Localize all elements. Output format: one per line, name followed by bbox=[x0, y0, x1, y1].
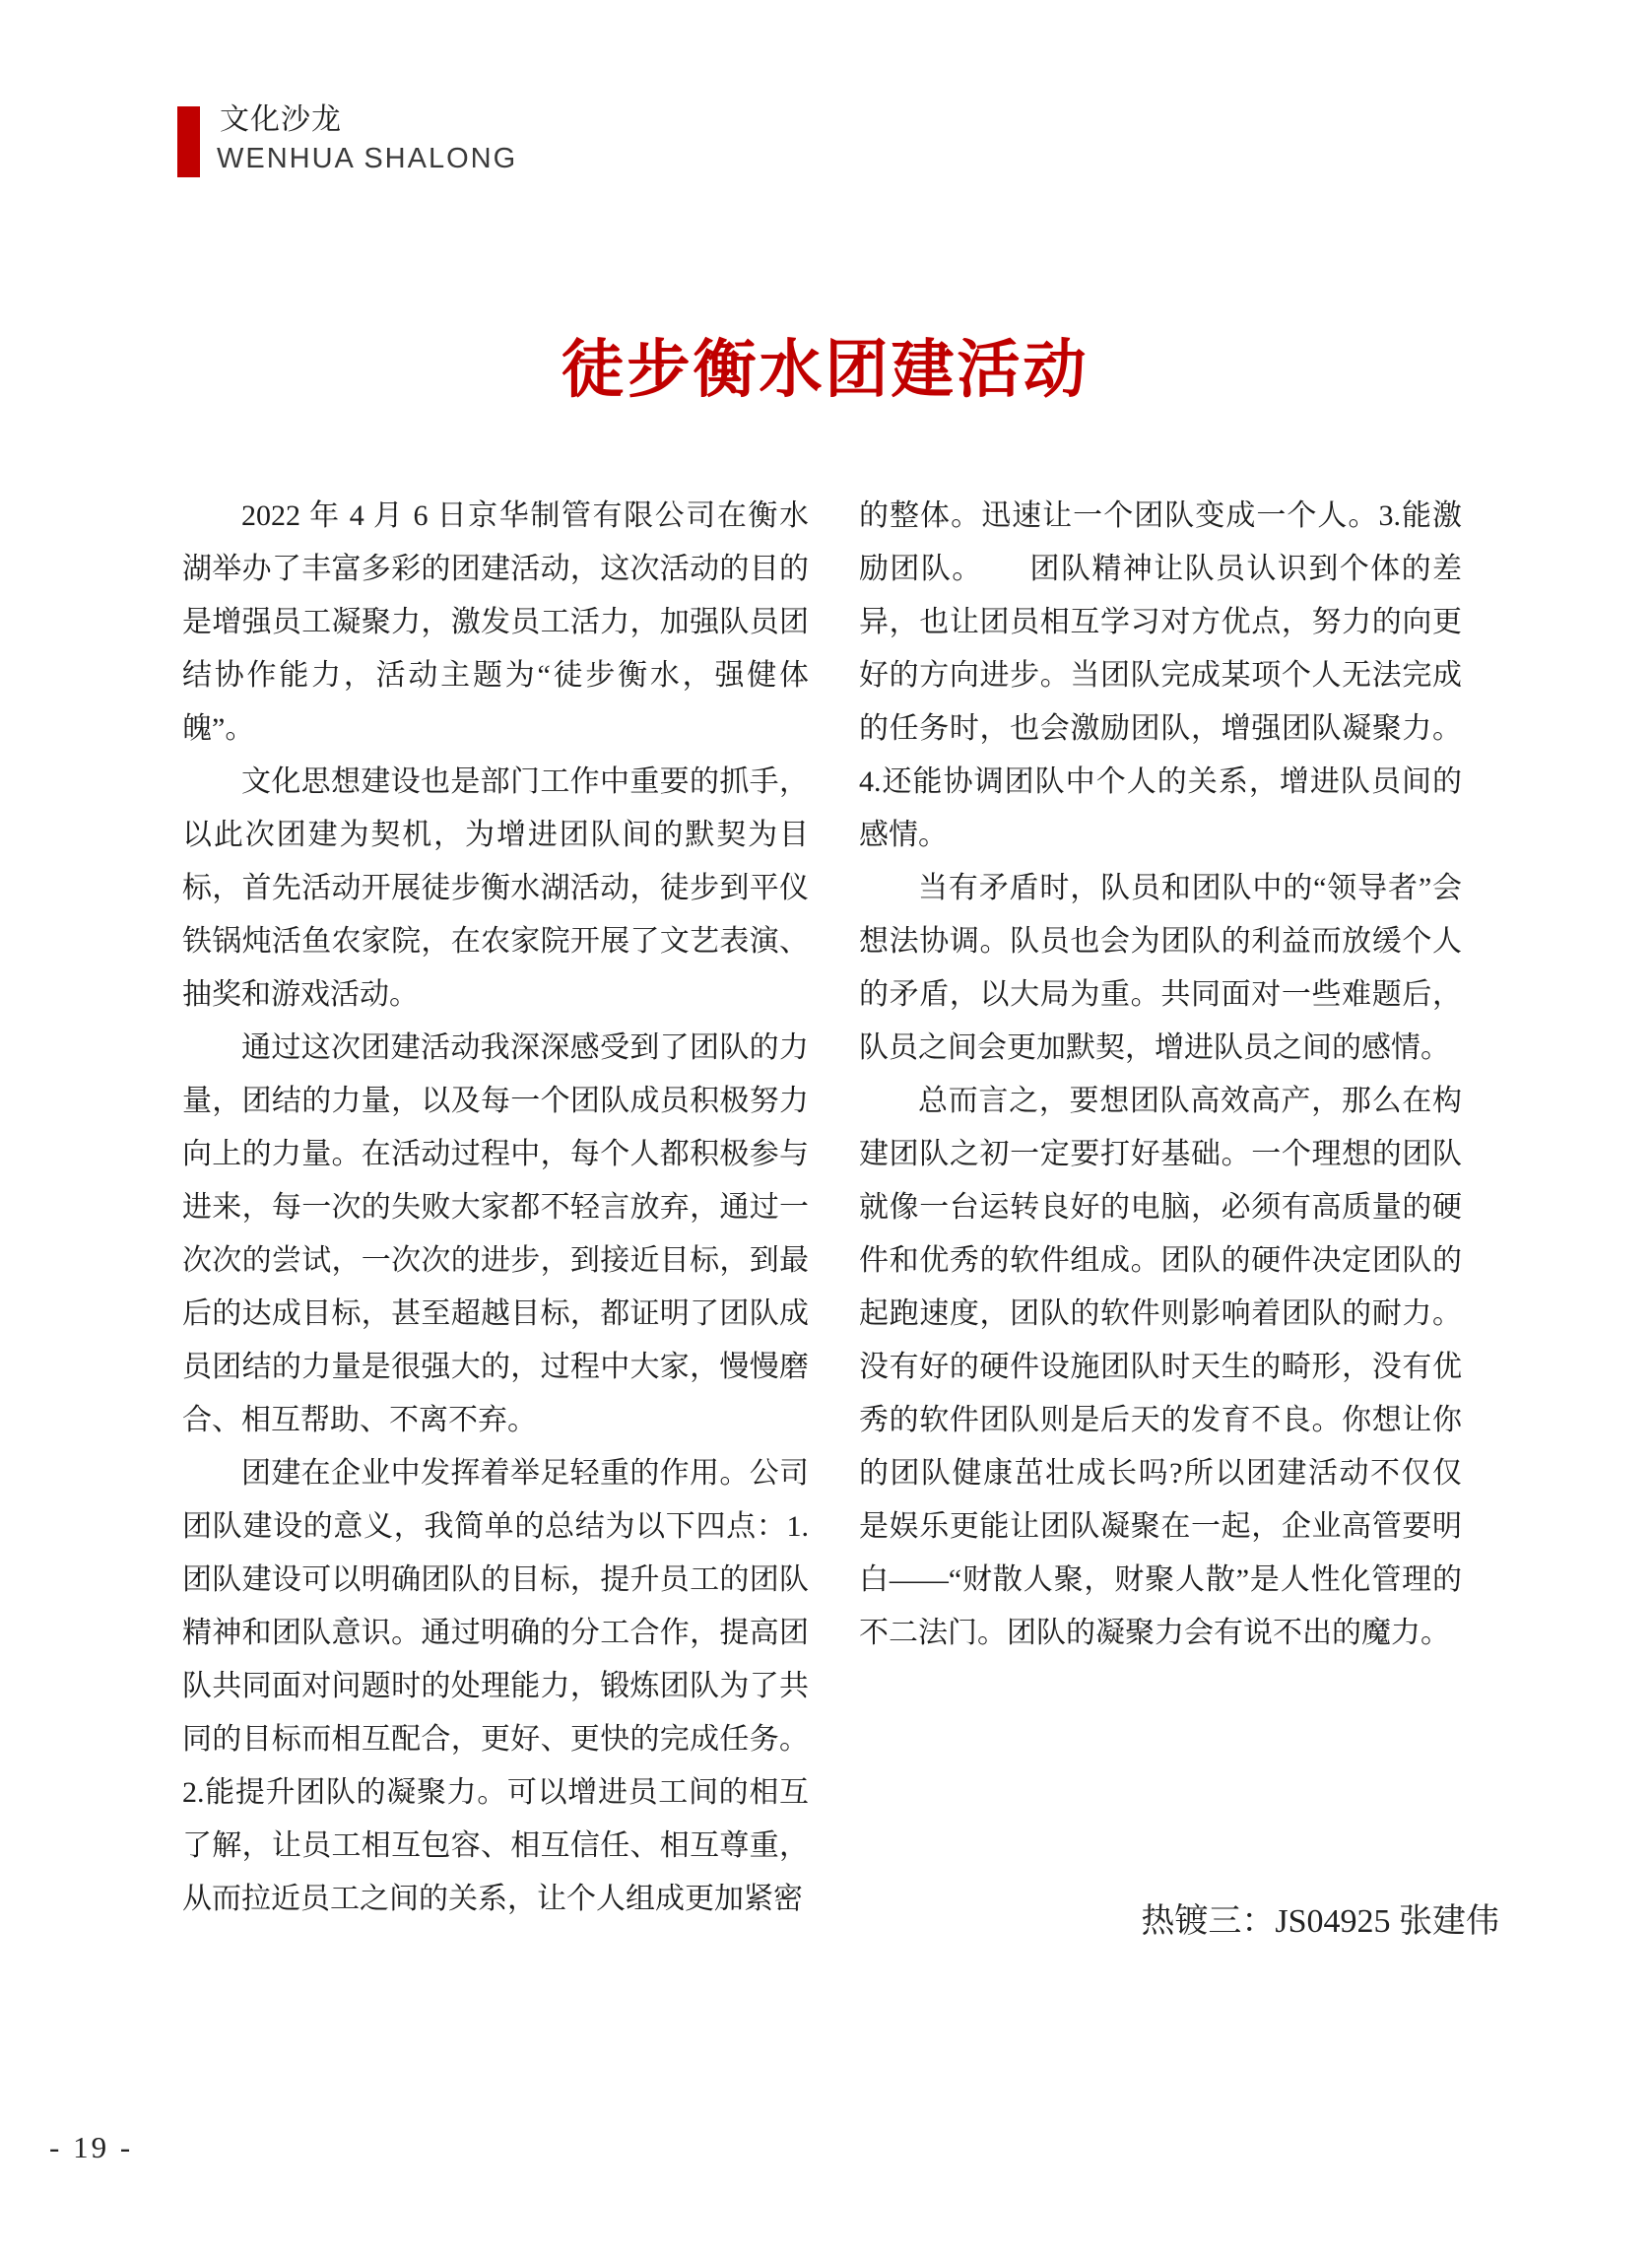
paragraph-4-continued: 的整体。迅速让一个团队变成一个人。3.能激励团队。 团队精神让队员认识到个体的差… bbox=[859, 490, 1462, 862]
paragraph-2: 文化思想建设也是部门工作中重要的抓手，以此次团建为契机，为增进团队间的默契为目标… bbox=[182, 756, 809, 1022]
paragraph-4: 团建在企业中发挥着举足轻重的作用。公司团队建设的意义，我简单的总结为以下四点：1… bbox=[182, 1447, 809, 1926]
text-column-right: 的整体。迅速让一个团队变成一个人。3.能激励团队。 团队精神让队员认识到个体的差… bbox=[859, 490, 1462, 1660]
section-title-pinyin: WENHUA SHALONG bbox=[217, 142, 517, 175]
text-column-left: 2022 年 4 月 6 日京华制管有限公司在衡水湖举办了丰富多彩的团建活动，这… bbox=[182, 490, 809, 1926]
section-title-chinese: 文化沙龙 bbox=[220, 101, 342, 139]
article-title: 徒步衡水团建活动 bbox=[182, 331, 1468, 408]
author-signature: 热镀三：JS04925 张建伟 bbox=[859, 1899, 1499, 1945]
magazine-page: 文化沙龙 WENHUA SHALONG 徒步衡水团建活动 2022 年 4 月 … bbox=[0, 0, 1652, 2257]
paragraph-5: 当有矛盾时，队员和团队中的“领导者”会想法协调。队员也会为团队的利益而放缓个人的… bbox=[859, 862, 1462, 1075]
paragraph-3: 通过这次团建活动我深深感受到了团队的力量，团结的力量，以及每一个团队成员积极努力… bbox=[182, 1022, 809, 1447]
paragraph-6: 总而言之，要想团队高效高产，那么在构建团队之初一定要打好基础。一个理想的团队就像… bbox=[859, 1075, 1462, 1660]
page-number: - 19 - bbox=[49, 2128, 133, 2167]
section-accent-bar bbox=[177, 106, 200, 177]
paragraph-1: 2022 年 4 月 6 日京华制管有限公司在衡水湖举办了丰富多彩的团建活动，这… bbox=[182, 490, 809, 756]
